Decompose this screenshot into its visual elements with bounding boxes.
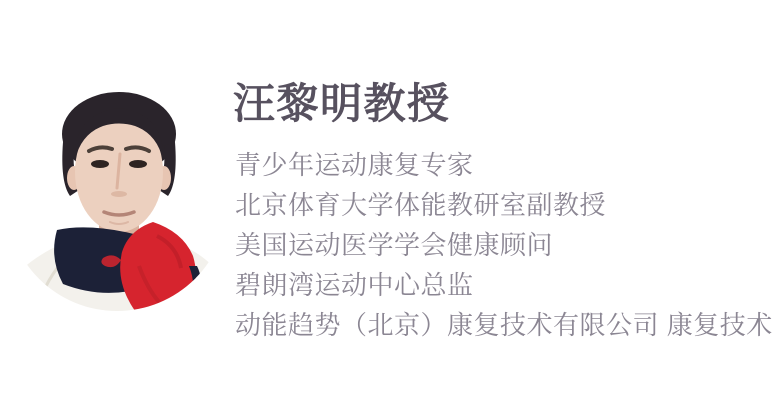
credential-list: 青少年运动康复专家 北京体育大学体能教研室副教授 美国运动医学学会健康顾问 碧朗… [235, 145, 773, 345]
profile-name: 汪黎明教授 [233, 80, 451, 128]
credential-line: 北京体育大学体能教研室副教授 [235, 185, 773, 225]
credential-line: 动能趋势（北京）康复技术有限公司 康复技术总监 [235, 305, 773, 345]
profile-card: 汪黎明教授 青少年运动康复专家 北京体育大学体能教研室副教授 美国运动医学学会健… [0, 0, 773, 400]
credential-line: 青少年运动康复专家 [235, 145, 773, 185]
credential-line: 美国运动医学学会健康顾问 [235, 225, 773, 265]
credential-line: 碧朗湾运动中心总监 [235, 265, 773, 305]
portrait-photo [7, 90, 227, 311]
portrait-illustration [7, 90, 227, 311]
